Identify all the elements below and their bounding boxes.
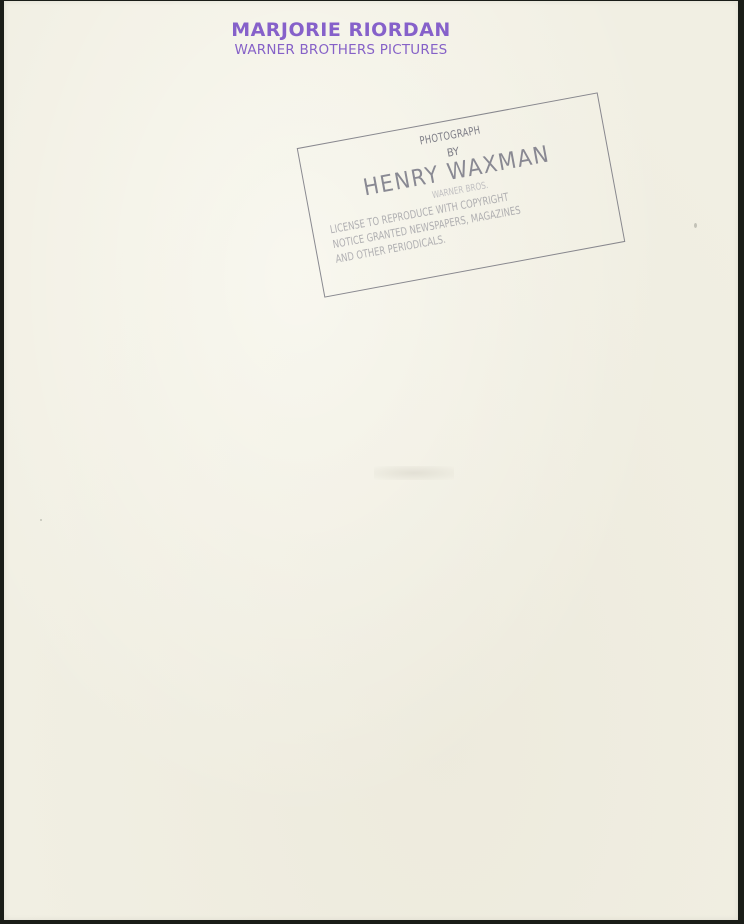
- subject-name: MARJORIE RIORDAN: [226, 21, 456, 40]
- paper-speck: [40, 519, 42, 521]
- paper-speck: [694, 223, 697, 228]
- name-stamp: MARJORIE RIORDAN WARNER BROTHERS PICTURE…: [226, 21, 456, 58]
- paper-smudge: [374, 466, 454, 480]
- photo-back-paper: MARJORIE RIORDAN WARNER BROTHERS PICTURE…: [4, 1, 738, 920]
- photographer-stamp: PHOTOGRAPH BY HENRY WAXMAN WARNER BROS. …: [297, 92, 626, 297]
- studio-name: WARNER BROTHERS PICTURES: [226, 44, 456, 58]
